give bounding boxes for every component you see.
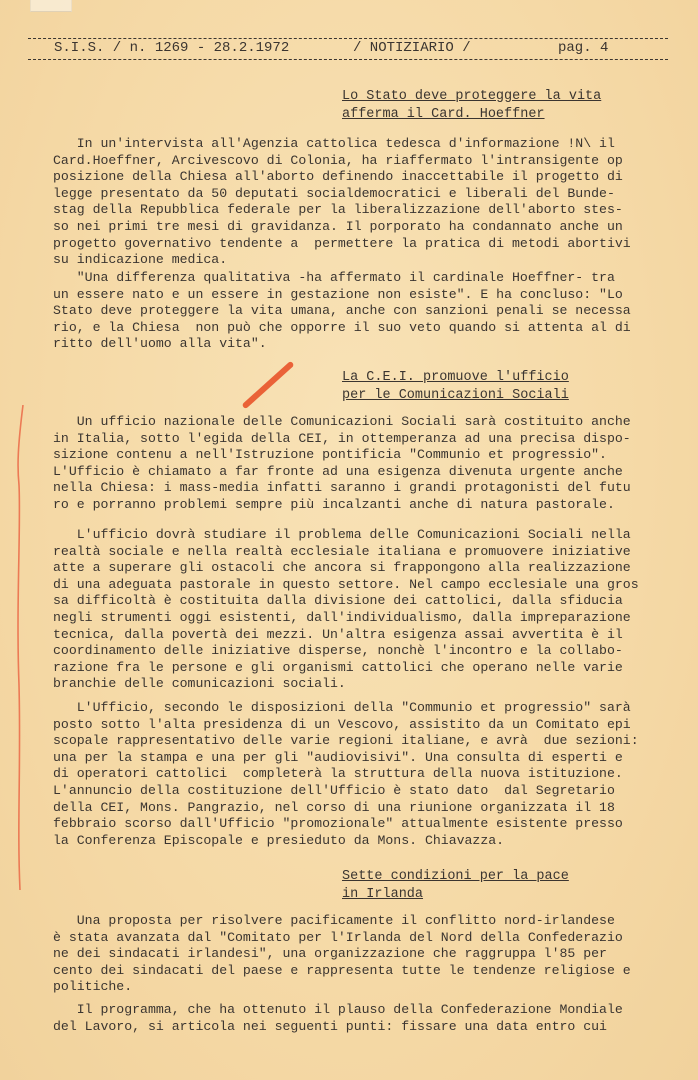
article-2-paragraph-3: L'Ufficio, secondo le disposizioni della… — [53, 700, 680, 849]
article-1-title: Lo Stato deve proteggere la vita afferma… — [342, 88, 601, 124]
title-line: per le Comunicazioni Sociali — [342, 387, 569, 405]
article-1-paragraph-2: "Una differenza qualitativa -ha affermat… — [53, 270, 680, 353]
article-2-title: La C.E.I. promuove l'ufficio per le Comu… — [342, 369, 569, 405]
article-3-title: Sette condizioni per la pace in Irlanda — [342, 868, 569, 904]
title-line: La C.E.I. promuove l'ufficio — [342, 369, 569, 387]
title-line: Lo Stato deve proteggere la vita — [342, 88, 601, 106]
red-pencil-mark — [241, 361, 294, 410]
red-margin-line — [14, 405, 24, 890]
document-page: S.I.S. / n. 1269 - 28.2.1972 / NOTIZIARI… — [0, 0, 698, 1080]
article-3-paragraph-1: Una proposta per risolvere pacificamente… — [53, 913, 680, 996]
title-line: Sette condizioni per la pace — [342, 868, 569, 886]
article-1-paragraph-1: In un'intervista all'Agenzia cattolica t… — [53, 136, 680, 269]
page-number: pag. 4 — [558, 39, 608, 58]
article-2-paragraph-2: L'ufficio dovrà studiare il problema del… — [53, 527, 680, 693]
page-header: S.I.S. / n. 1269 - 28.2.1972 / NOTIZIARI… — [28, 38, 668, 60]
staple-mark — [30, 0, 72, 12]
title-line: afferma il Card. Hoeffner — [342, 106, 601, 124]
bulletin-reference: S.I.S. / n. 1269 - 28.2.1972 — [54, 39, 289, 58]
article-3-paragraph-2: Il programma, che ha ottenuto il plauso … — [53, 1002, 680, 1035]
section-name: / NOTIZIARIO / — [353, 39, 471, 58]
title-line: in Irlanda — [342, 886, 569, 904]
article-2-paragraph-1: Un ufficio nazionale delle Comunicazioni… — [53, 414, 680, 514]
